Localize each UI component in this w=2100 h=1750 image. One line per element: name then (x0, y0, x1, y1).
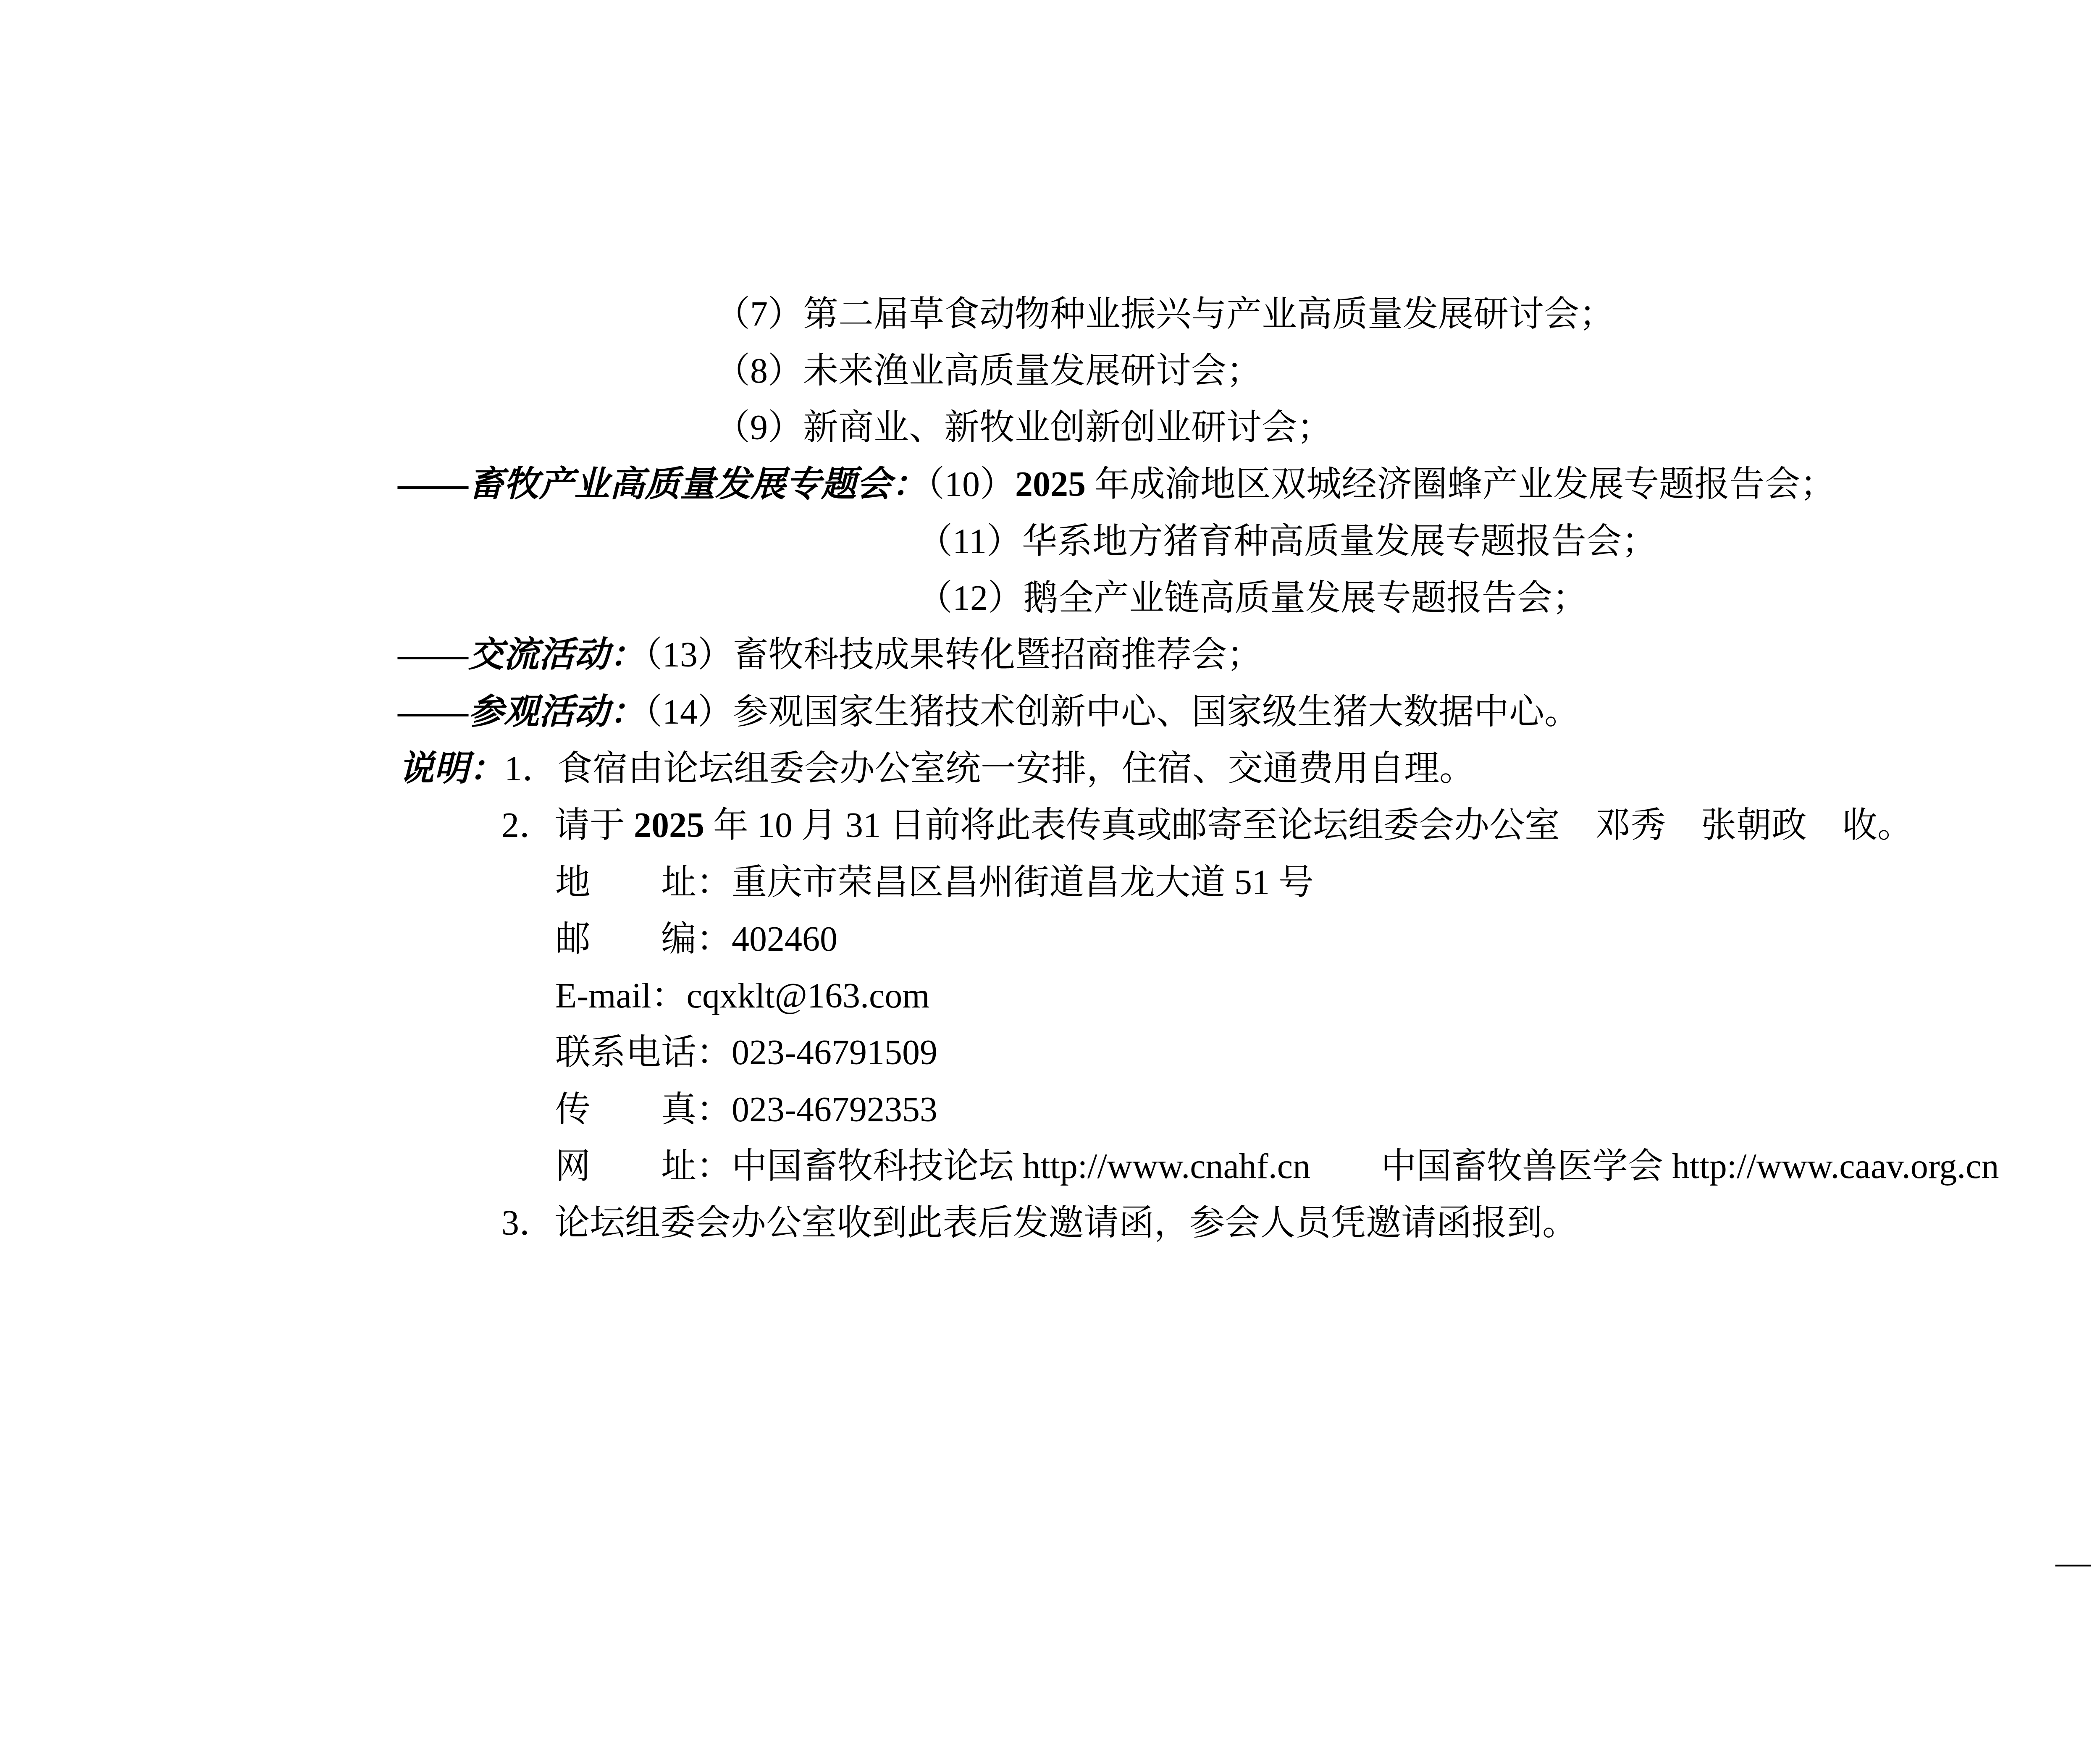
contact-fax-line: 传 真：023-46792353 (520, 1024, 937, 1081)
section-dash-marker: —— (398, 465, 468, 504)
note-3-text: 3．论坛组委会办公室收到此表后发邀请函，参会人员凭邀请函报到。 (501, 1204, 1578, 1243)
contact-website-line: 网 址：中国畜牧科技论坛http://www.cnahf.cn中国畜牧兽医学会h… (520, 1081, 1999, 1138)
agenda-item-7: （7）第二届草食动物种业振兴与产业高质量发展研讨会； (680, 229, 1614, 286)
special-session-label: 畜牧产业高质量发展专题会： (468, 465, 927, 504)
notes-line-1: 说明：1．食宿由论坛组委会办公室统一安排，住宿、交通费用自理。 (363, 683, 1475, 740)
contact-phone-line: 联系电话：023-46791509 (520, 967, 937, 1024)
contact-email-line: E-mail：cqxklt@163.com (520, 910, 930, 968)
notes-line-2: 2．请于 2025 年 10 月 31 日前将此表传真或邮寄至论坛组委会办公室 … (466, 740, 1913, 797)
agenda-item-11: （11）华系地方猪育种高质量发展专题报告会； (882, 456, 1657, 513)
page-number-dash-left: — (2055, 1543, 2091, 1582)
agenda-item-8: （8）未来渔业高质量发展研讨会； (680, 286, 1262, 343)
page-number: —7— (2020, 1477, 2100, 1534)
agenda-item-9: （9）新商业、新牧业创新创业研讨会； (680, 342, 1332, 399)
special-session-line: ——畜牧产业高质量发展专题会：（10）2025 年成渝地区双城经济圈蜂产业发展专… (362, 399, 1835, 456)
website-site2-url: http://www.caav.org.cn (1672, 1147, 1999, 1186)
agenda-item-12: （12）鹅全产业链高质量发展专题报告会； (882, 513, 1588, 570)
notes-line-3: 3．论坛组委会办公室收到此表后发邀请函，参会人员凭邀请函报到。 (466, 1138, 1578, 1195)
contact-address-line: 地 址：重庆市荣昌区昌州街道昌龙大道 51 号 (520, 797, 1314, 854)
exchange-session-line: ——交流活动：（13）畜牧科技成果转化暨招商推荐会； (362, 569, 1262, 627)
document-page: （7）第二届草食动物种业振兴与产业高质量发展研讨会； （8）未来渔业高质量发展研… (0, 0, 2100, 1750)
contact-postcode-line: 邮 编：402460 (520, 854, 837, 911)
visit-session-line: ——参观活动：（14）参观国家生猪技术创新中心、国家级生猪大数据中心。 (362, 627, 1580, 684)
